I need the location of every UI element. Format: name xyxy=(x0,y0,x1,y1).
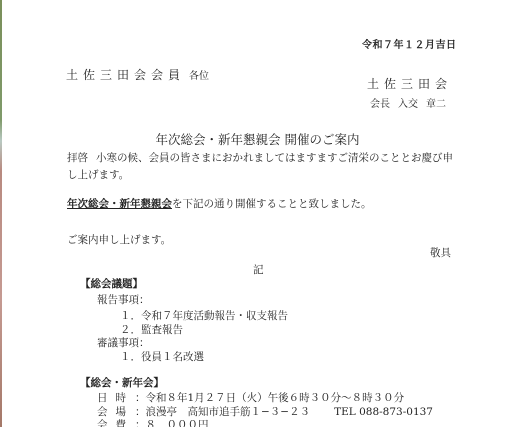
greeting-body: 小寒の候、会員の皆さまにおかれましてはますますご清栄のこととお慶び申し上げます。 xyxy=(67,152,453,181)
sender-given-name: 章二 xyxy=(426,99,446,110)
event-row-value: ：令和８年1月２７日（火）午後６時３０分～８時３０分 xyxy=(135,392,404,404)
venue-telephone: TEL 088-873-0137 xyxy=(334,406,433,418)
sender-organization: 土佐三田会 xyxy=(367,75,452,92)
sender-family-name: 入交 xyxy=(398,99,418,110)
event-row-value: ：８，０００円 xyxy=(135,419,209,427)
report-label: 報告事項： xyxy=(97,292,150,307)
announcement-emphasis: 年次総会・新年懇親会 xyxy=(67,198,172,210)
announcement-text: を下記の通り開催することと致しました。 xyxy=(172,198,372,210)
page-edge-strip xyxy=(0,0,2,427)
ki-marker: 記 xyxy=(253,262,264,277)
closing-keigu: 敬具 xyxy=(430,245,451,260)
announcement-paragraph: 年次総会・新年懇親会を下記の通り開催することと致しました。 xyxy=(67,196,372,213)
sender-representative: 会長入交章二 xyxy=(370,95,446,110)
deliberation-label: 審議事項： xyxy=(97,335,150,350)
closing-line: ご案内申し上げます。 xyxy=(67,232,171,249)
deliberation-item: １．役員１名改選 xyxy=(120,349,204,364)
addressee-name: 土佐三田会会員 xyxy=(66,68,185,82)
addressee-suffix: 各位 xyxy=(189,71,209,82)
report-item: １．令和７年度活動報告・収支報告 xyxy=(120,308,288,323)
event-heading: 【総会・新年会】 xyxy=(80,375,164,390)
agenda-heading: 【総会議題】 xyxy=(80,276,143,291)
document-title: 年次総会・新年懇親会 開催のご案内 xyxy=(0,130,512,148)
addressee: 土佐三田会会員各位 xyxy=(66,66,209,83)
event-row-datetime: 日時：令和８年1月２７日（火）午後６時３０分～８時３０分 xyxy=(97,390,404,405)
event-row-label: 会費 xyxy=(97,417,135,427)
greeting-paragraph: 拝啓小寒の候、会員の皆さまにおかれましてはますますご清栄のこととお慶び申し上げま… xyxy=(67,150,457,184)
greeting-opening: 拝啓 xyxy=(67,152,88,164)
sender-role: 会長 xyxy=(370,99,390,110)
event-row-fee: 会費：８，０００円 xyxy=(97,417,209,427)
event-row-label: 日時 xyxy=(97,390,135,405)
document-date: 令和７年１２月吉日 xyxy=(362,36,457,51)
